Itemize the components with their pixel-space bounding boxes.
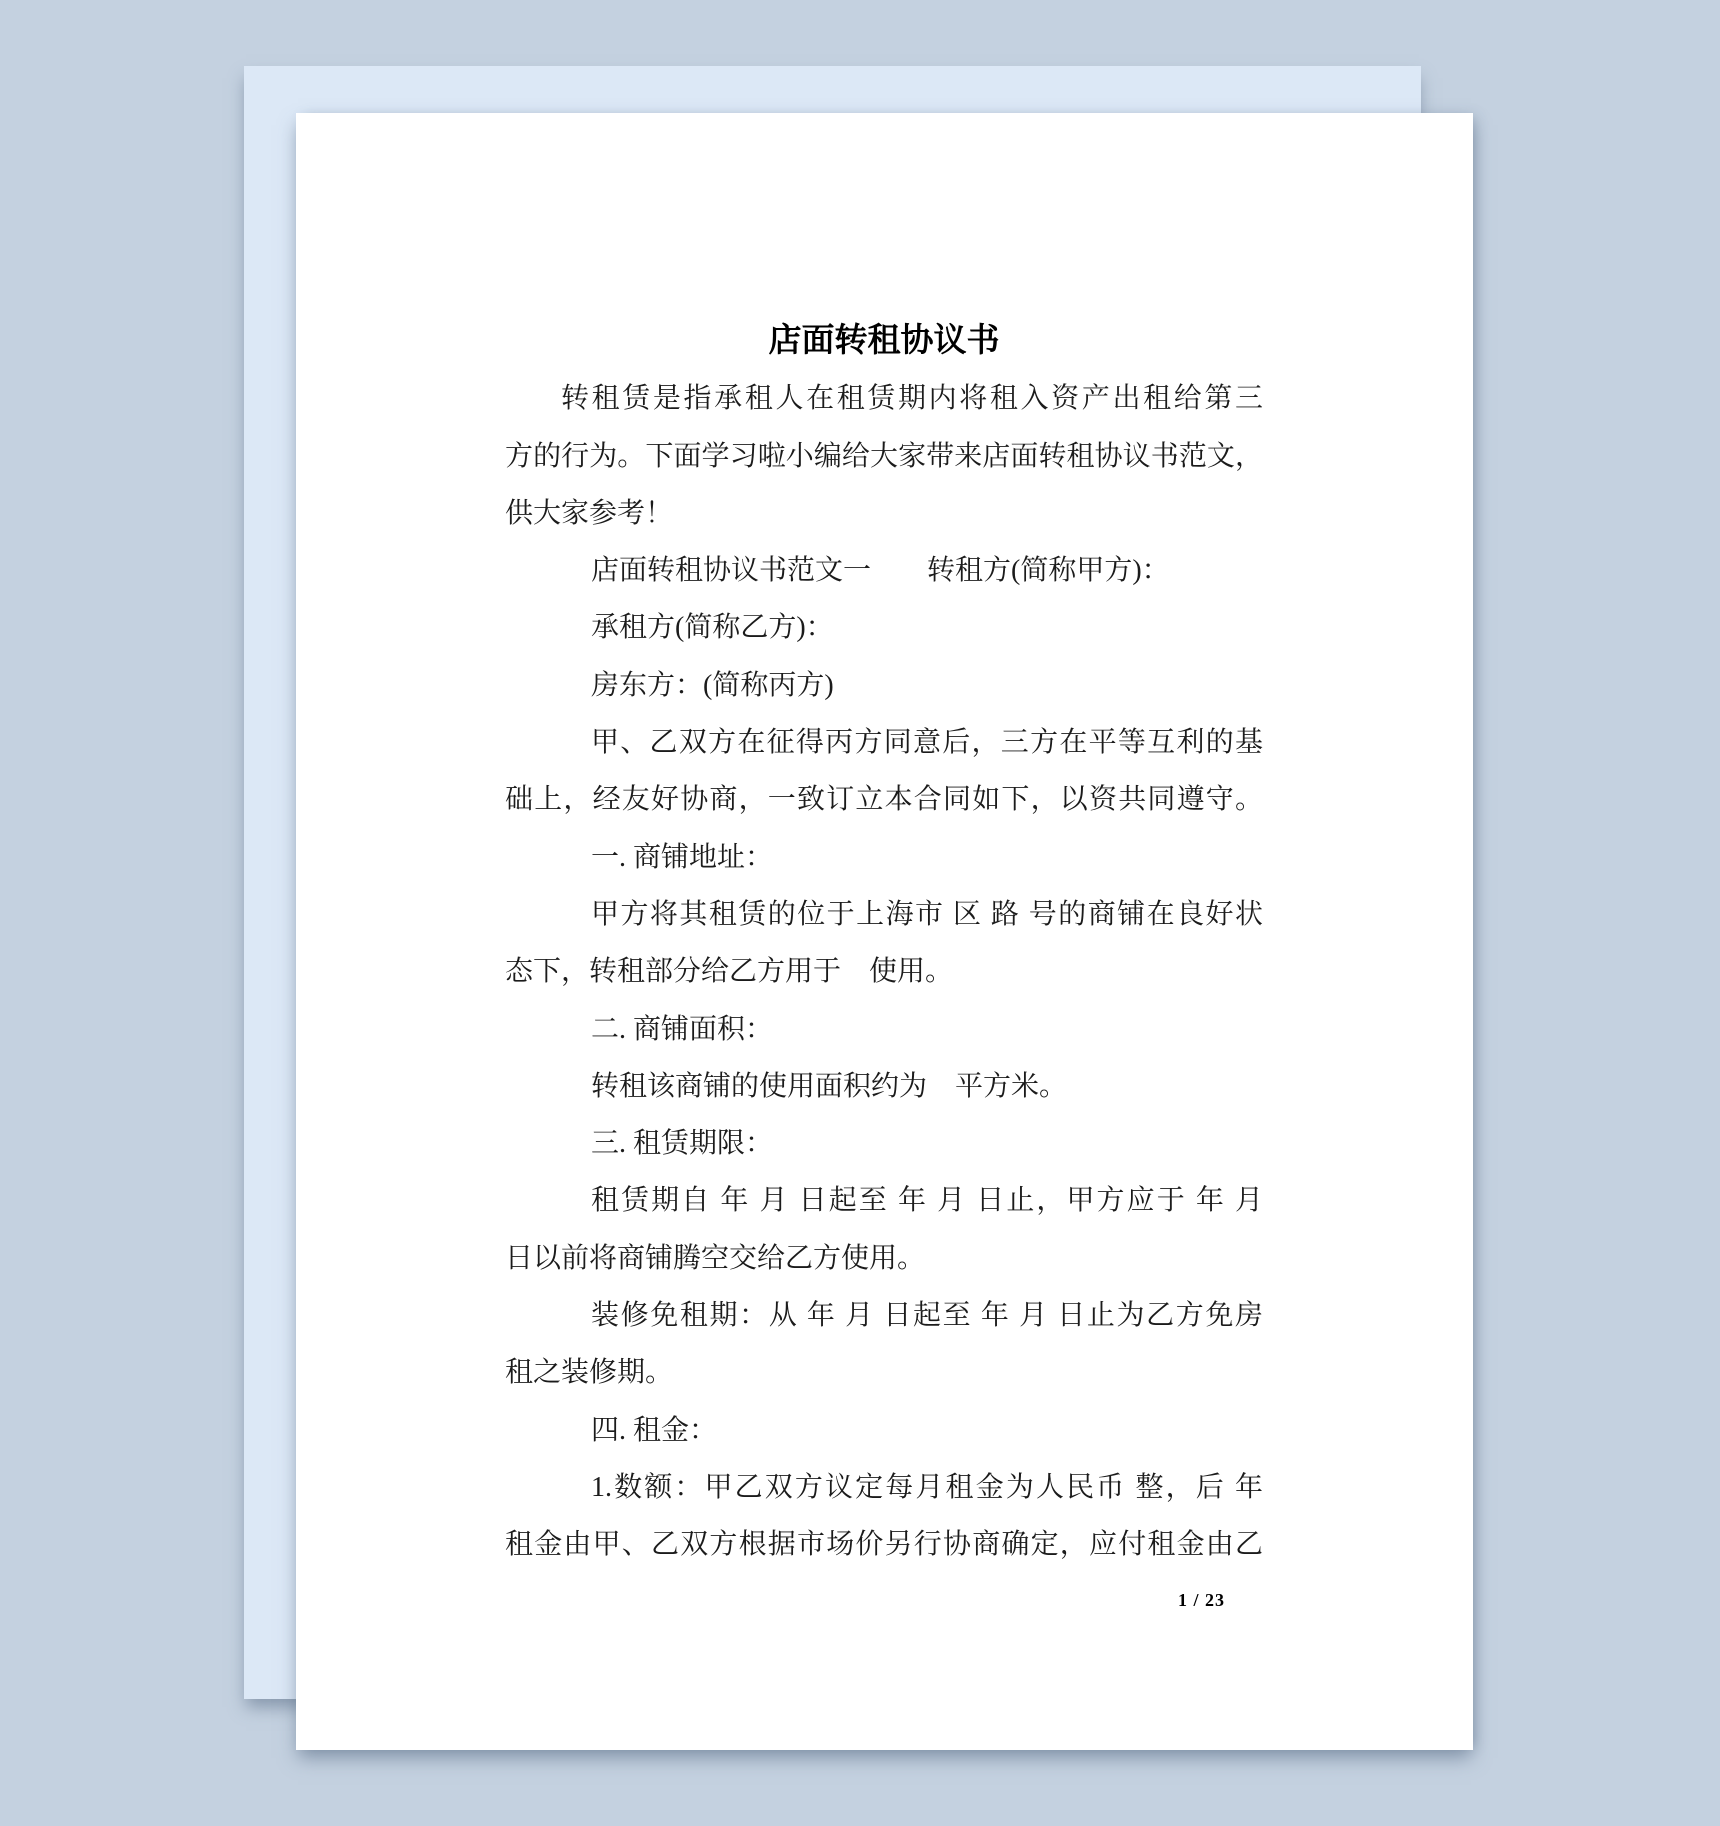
document-line: 装修免租期：从 年 月 日起至 年 月 日止为乙方免房 (505, 1287, 1263, 1344)
document-body: 店面转租协议书转租赁是指承租人在租赁期内将租入资产出租给第三方的行为。下面学习啦… (505, 313, 1263, 1574)
document-line: 二. 商铺面积： (505, 1001, 1263, 1058)
document-line: 房东方：(简称丙方) (505, 657, 1263, 714)
document-line: 转租该商铺的使用面积约为 平方米。 (505, 1058, 1263, 1115)
document-line: 供大家参考！ (505, 485, 1263, 542)
document-line: 转租赁是指承租人在租赁期内将租入资产出租给第三 (505, 370, 1263, 427)
document-line: 态下，转租部分给乙方用于 使用。 (505, 943, 1263, 1000)
document-line: 店面转租协议书范文一 转租方(简称甲方)： (505, 542, 1263, 599)
document-page: 店面转租协议书转租赁是指承租人在租赁期内将租入资产出租给第三方的行为。下面学习啦… (296, 113, 1473, 1750)
document-line: 日以前将商铺腾空交给乙方使用。 (505, 1230, 1263, 1287)
document-line: 甲方将其租赁的位于上海市 区 路 号的商铺在良好状 (505, 886, 1263, 943)
document-line: 一. 商铺地址： (505, 829, 1263, 886)
document-line: 店面转租协议书 (505, 313, 1263, 370)
document-line: 1.数额：甲乙双方议定每月租金为人民币 整，后 年 (505, 1459, 1263, 1516)
page-number: 1 / 23 (1178, 1590, 1225, 1611)
document-line: 租赁期自 年 月 日起至 年 月 日止，甲方应于 年 月 (505, 1172, 1263, 1229)
document-line: 租金由甲、乙双方根据市场价另行协商确定，应付租金由乙 (505, 1516, 1263, 1573)
document-line: 方的行为。下面学习啦小编给大家带来店面转租协议书范文， (505, 428, 1263, 485)
document-line: 承租方(简称乙方)： (505, 599, 1263, 656)
document-line: 四. 租金： (505, 1402, 1263, 1459)
desktop-background: 店面转租协议书转租赁是指承租人在租赁期内将租入资产出租给第三方的行为。下面学习啦… (0, 0, 1720, 1826)
document-line: 三. 租赁期限： (505, 1115, 1263, 1172)
document-line: 甲、乙双方在征得丙方同意后，三方在平等互利的基 (505, 714, 1263, 771)
document-line: 租之装修期。 (505, 1344, 1263, 1401)
document-line: 础上，经友好协商，一致订立本合同如下，以资共同遵守。 (505, 771, 1263, 828)
